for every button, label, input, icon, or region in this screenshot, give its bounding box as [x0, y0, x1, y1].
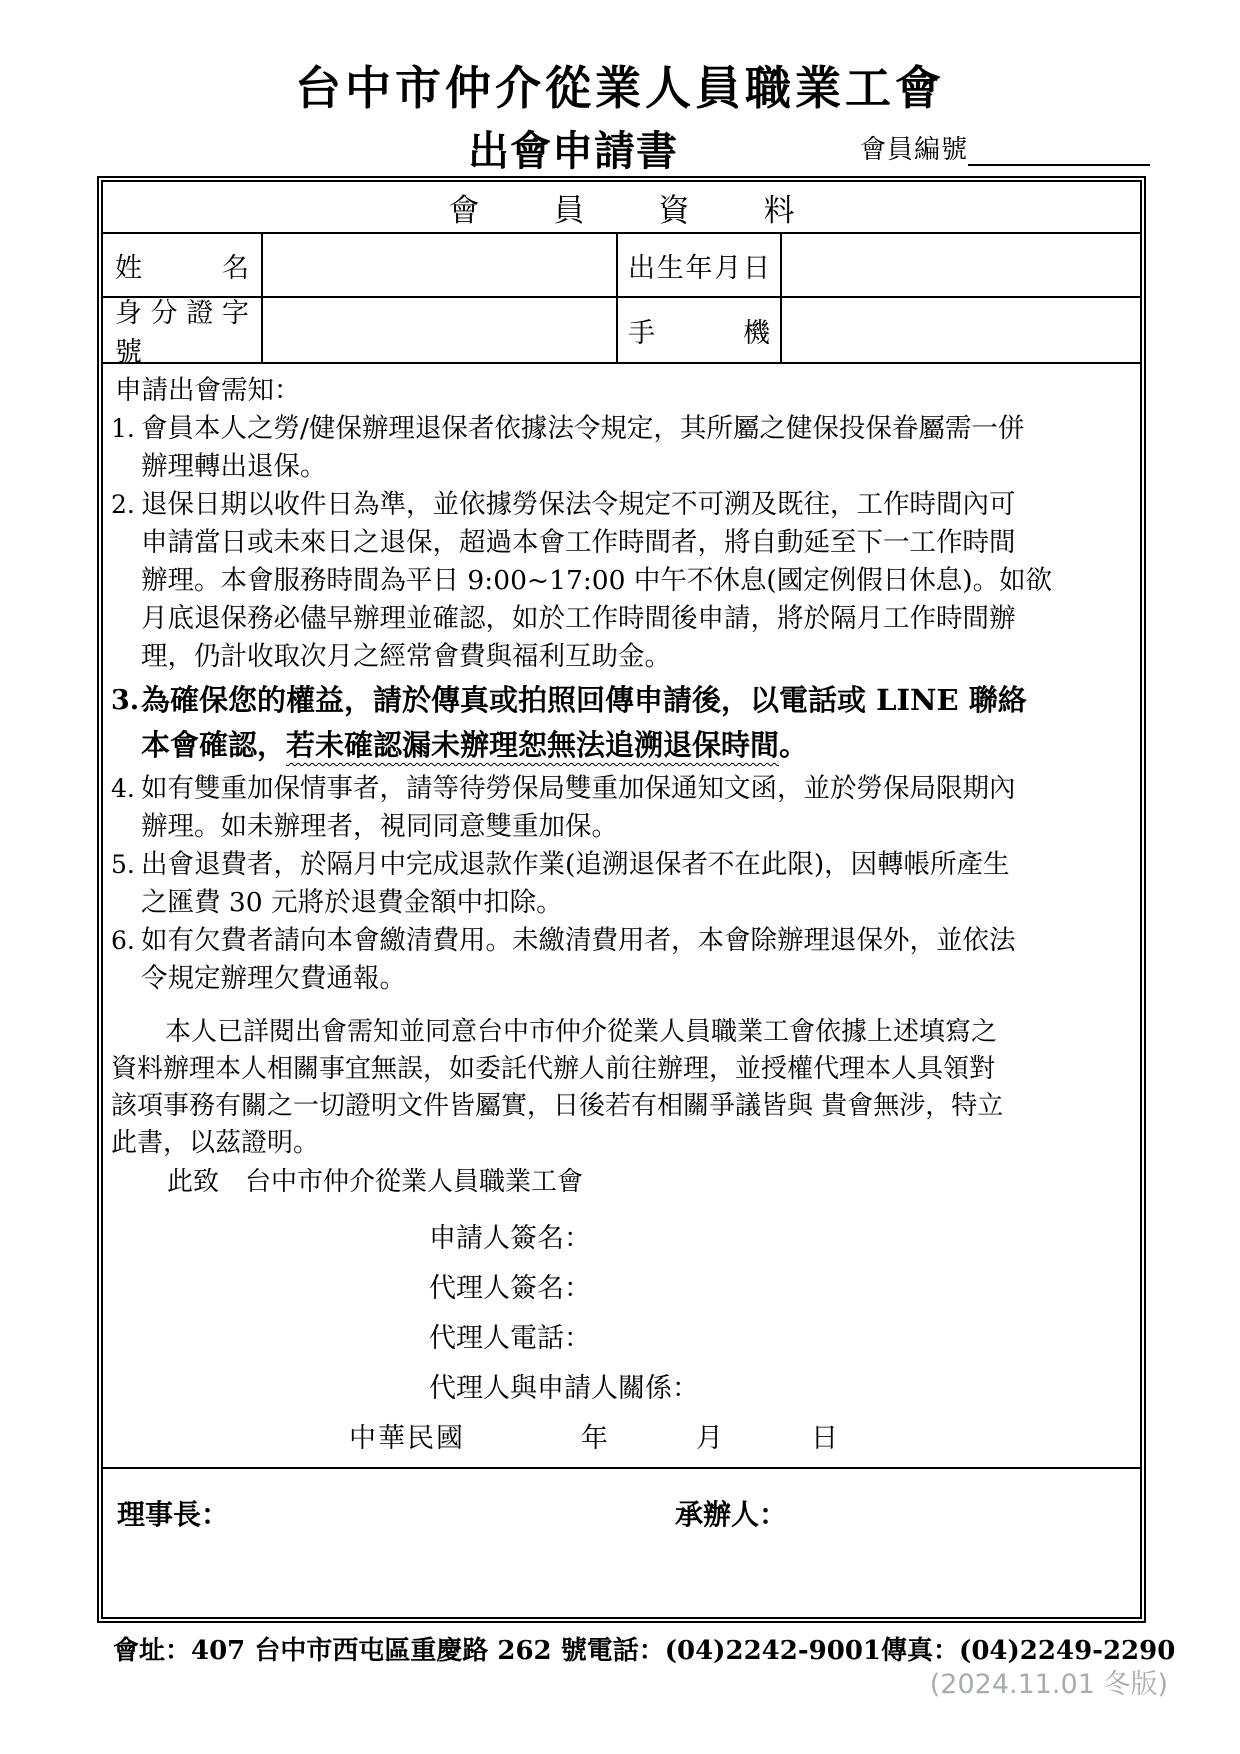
name-label-cell: 姓名: [103, 234, 263, 296]
officials-section: 理事長： 承辦人：: [103, 1467, 1140, 1533]
id-number-input-cell[interactable]: [263, 298, 618, 362]
mobile-label: 手機: [628, 311, 770, 350]
declaration-section: 本人已詳閱出會需知並同意台中市仲介從業人員職業工會依據上述填寫之 資料辦理本人相…: [103, 1014, 1140, 1202]
notice-item-text: 本會確認，: [141, 728, 286, 762]
birthdate-label-cell: 出生年月日: [618, 234, 782, 296]
notice-item-line: 月底退保務必儘早辦理並確認，如於工作時間後申請，將於隔月工作時間辦: [141, 600, 1132, 638]
notice-heading: 申請出會需知：: [111, 372, 1132, 410]
member-info-title-char: 員: [554, 185, 585, 230]
member-info-title-char: 資: [659, 185, 690, 230]
name-label: 姓名: [115, 246, 249, 285]
notice-item-line: 退保日期以收件日為準，並依據勞保法令規定不可溯及既往，工作時間內可: [141, 486, 1016, 524]
notice-item-line: 會員本人之勞/健保辦理退保者依據法令規定，其所屬之健保投保眷屬需一併: [141, 410, 1024, 448]
roc-era-label: 中華民國: [349, 1424, 465, 1454]
year-label: 年: [581, 1424, 608, 1454]
notice-item-number: 3.: [111, 678, 141, 723]
month-label: 月: [696, 1424, 723, 1454]
notice-item-text: 。: [779, 728, 808, 762]
chairman-label: 理事長：: [117, 1498, 229, 1531]
mobile-label-cell: 手機: [618, 298, 782, 362]
form-version-label: (2024.11.01 冬版): [930, 1662, 1168, 1701]
footer-phone: 電話：(04)2242-9001: [587, 1634, 881, 1668]
declaration-line: 本人已詳閱出會需知並同意台中市仲介從業人員職業工會依據上述填寫之: [111, 1014, 1132, 1051]
birthdate-label: 出生年月日: [628, 246, 770, 285]
mobile-input-cell[interactable]: [782, 298, 1140, 362]
signature-section: 申請人簽名： 代理人簽名： 代理人電話： 代理人與申請人關係：: [429, 1214, 1140, 1414]
notice-item-line: 為確保您的權益，請於傳真或拍照回傳申請後，以電話或 LINE 聯絡: [141, 678, 1027, 723]
notice-item-line: 之匯費 30 元將於退費金額中扣除。: [141, 884, 1132, 922]
notice-item-number: 5.: [111, 846, 141, 884]
notice-item-6: 6. 如有欠費者請向本會繳清費用。未繳清費用者，本會除辦理退保外，並依法: [111, 922, 1132, 960]
org-title: 台中市仲介從業人員職業工會: [0, 52, 1240, 118]
notice-item-line: 如有雙重加保情事者，請等待勞保局雙重加保通知文函，並於勞保局限期內: [141, 770, 1016, 808]
member-number-blank[interactable]: [968, 136, 1150, 166]
agent-phone-field[interactable]: 代理人電話：: [429, 1314, 1140, 1364]
member-number-label: 會員編號: [860, 134, 968, 166]
notice-item-number: 2.: [111, 486, 141, 524]
birthdate-input-cell[interactable]: [782, 234, 1140, 296]
id-number-label-cell: 身分證字號: [103, 298, 263, 362]
notice-item-2: 2. 退保日期以收件日為準，並依據勞保法令規定不可溯及既往，工作時間內可: [111, 486, 1132, 524]
declaration-line: 該項事務有關之一切證明文件皆屬實，日後若有相關爭議皆與 貴會無涉，特立: [111, 1088, 1132, 1125]
declaration-line: 此書，以茲證明。: [111, 1125, 1132, 1162]
notice-item-line: 申請當日或未來日之退保，超過本會工作時間者，將自動延至下一工作時間: [141, 524, 1132, 562]
notice-section: 申請出會需知： 1. 會員本人之勞/健保辦理退保者依據法令規定，其所屬之健保投保…: [103, 364, 1140, 998]
notice-item-line: 辦理。如未辦理者，視同同意雙重加保。: [141, 808, 1132, 846]
notice-item-line: 出會退費者，於隔月中完成退款作業(追溯退保者不在此限)，因轉帳所產生: [141, 846, 1010, 884]
member-info-title-char: 會: [449, 185, 480, 230]
roc-date-line[interactable]: 中華民國 年 月 日: [349, 1424, 1140, 1454]
notice-item-line: 如有欠費者請向本會繳清費用。未繳清費用者，本會除辦理退保外，並依法: [141, 922, 1016, 960]
notice-item-5: 5. 出會退費者，於隔月中完成退款作業(追溯退保者不在此限)，因轉帳所產生: [111, 846, 1132, 884]
table-row: 姓名 出生年月日: [103, 234, 1140, 298]
salute-line: 此致 台中市仲介從業人員職業工會: [167, 1162, 1132, 1202]
member-number-field: 會員編號: [860, 134, 1150, 166]
member-info-section-title: 會 員 資 料: [103, 182, 1140, 234]
notice-item-line: 辦理。本會服務時間為平日 9:00~17:00 中午不休息(國定例假日休息)。如…: [141, 562, 1132, 600]
id-number-label: 身分證字號: [115, 291, 249, 369]
notice-item-line: 理，仍計收取次月之經常會費與福利互助金。: [141, 638, 1132, 676]
notice-item-line: 令規定辦理欠費通報。: [141, 960, 1132, 998]
footer-address: 會址：407 台中市西屯區重慶路 262 號: [113, 1634, 587, 1668]
member-info-title-char: 料: [764, 185, 795, 230]
notice-item-wavy-text: 若未確認漏未辦理恕無法追溯退保時間: [286, 728, 779, 762]
notice-item-line: 本會確認，若未確認漏未辦理恕無法追溯退保時間。: [141, 723, 1132, 768]
applicant-signature-field[interactable]: 申請人簽名：: [429, 1214, 1140, 1264]
form-body-box: 會 員 資 料 姓名 出生年月日 身分證字號 手機 申請出會需知： 1. 會員本…: [97, 176, 1146, 1623]
declaration-line: 資料辦理本人相關事宜無誤，如委託代辦人前往辦理，並授權代理本人具領對: [111, 1051, 1132, 1088]
name-input-cell[interactable]: [263, 234, 618, 296]
agent-signature-field[interactable]: 代理人簽名：: [429, 1264, 1140, 1314]
notice-item-1: 1. 會員本人之勞/健保辦理退保者依據法令規定，其所屬之健保投保眷屬需一併: [111, 410, 1132, 448]
notice-item-4: 4. 如有雙重加保情事者，請等待勞保局雙重加保通知文函，並於勞保局限期內: [111, 770, 1132, 808]
agent-relation-field[interactable]: 代理人與申請人關係：: [429, 1364, 1140, 1414]
notice-item-line: 辦理轉出退保。: [141, 448, 1132, 486]
day-label: 日: [811, 1424, 838, 1454]
notice-item-number: 4.: [111, 770, 141, 808]
notice-item-number: 1.: [111, 410, 141, 448]
notice-item-3: 3. 為確保您的權益，請於傳真或拍照回傳申請後，以電話或 LINE 聯絡 本會確…: [111, 678, 1132, 768]
handler-label: 承辦人：: [675, 1493, 787, 1533]
table-row: 身分證字號 手機: [103, 298, 1140, 364]
notice-item-number: 6.: [111, 922, 141, 960]
